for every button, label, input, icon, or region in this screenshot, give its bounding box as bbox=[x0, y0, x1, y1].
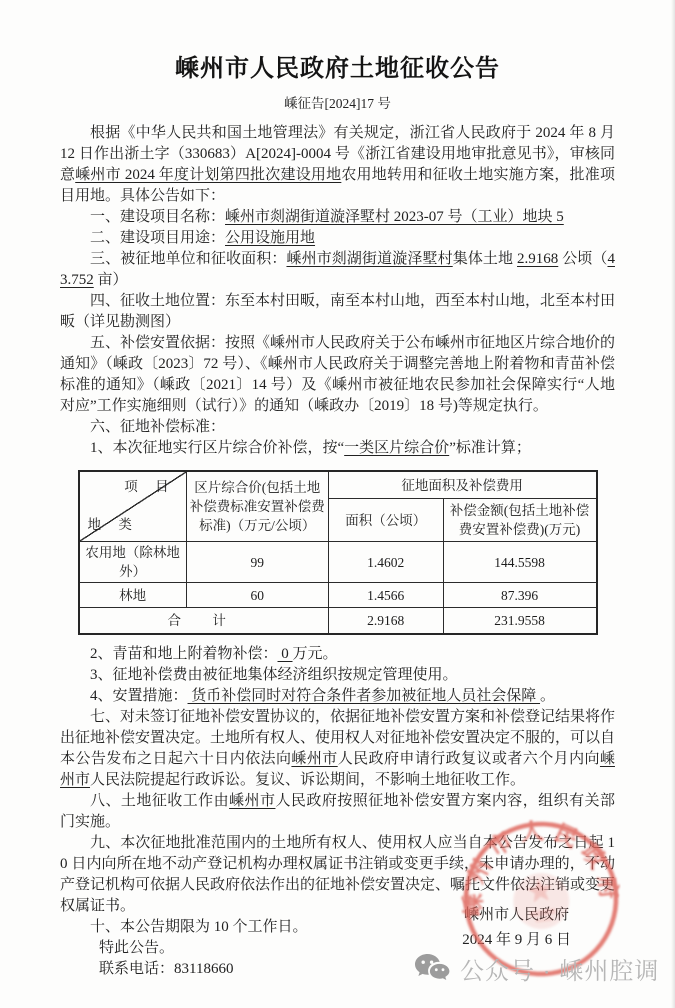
underlined-text: 嵊州市 bbox=[291, 751, 337, 767]
cell-price: 99 bbox=[186, 542, 328, 583]
signature-block: 嵊州市人民政府 2024 年 9 月 6 日 bbox=[462, 903, 571, 953]
paragraph: 八、土地征收工作由嵊州市人民政府按照征地补偿安置方案内容，组织有关部门实施。 bbox=[60, 791, 615, 833]
text-run: 特此公告。 bbox=[99, 940, 174, 956]
paragraphs-before-table: 根据《中华人民共和国土地管理法》有关规定，浙江省人民政府于 2024 年 8 月… bbox=[60, 123, 615, 459]
compensation-table: 项 目 地 类 区片综合价(包括土地补偿费标准安置补偿费标准)（万元/公顷） 征… bbox=[78, 470, 598, 635]
paragraph: 三、被征地单位和征收面积：嵊州市剡湖街道漩泽墅村集体土地 2.9168 公顷（4… bbox=[60, 249, 615, 291]
page-title: 嵊州市人民政府土地征收公告 bbox=[60, 48, 615, 83]
underlined-text: 公用设施用地 bbox=[225, 230, 315, 246]
document-number: 嵊征告[2024]17 号 bbox=[60, 92, 615, 112]
table-total-row: 合 计 2.9168 231.9558 bbox=[79, 608, 597, 635]
text-run: 集体土地 bbox=[453, 251, 517, 267]
underlined-text: 嵊州市剡湖街道漩泽墅村 bbox=[286, 251, 452, 267]
cell-area: 1.4566 bbox=[328, 583, 443, 608]
text-run: 一、建设项目名称： bbox=[90, 209, 225, 225]
corner-landtype-label: 地 类 bbox=[88, 515, 139, 534]
paragraph: 4、安置措施： 货币补偿同时对符合条件者参加被征地人员社会保障 。 bbox=[60, 686, 615, 707]
paragraph: 二、建设项目用途：公用设施用地 bbox=[60, 228, 615, 249]
text-run: 人民法院提起行政诉讼。复议、诉讼期间，不影响土地征收工作。 bbox=[90, 772, 525, 788]
text-run: 亩） bbox=[94, 272, 128, 288]
header-price: 区片综合价(包括土地补偿费标准安置补偿费标准)（万元/公顷） bbox=[186, 471, 328, 542]
scan-edge-shadow bbox=[671, 0, 675, 1008]
text-run: 万元。 bbox=[293, 646, 338, 662]
cell-landtype: 林地 bbox=[79, 583, 187, 608]
text-run: 2、青苗和地上附着物补偿： bbox=[90, 646, 278, 662]
signature-org: 嵊州市人民政府 bbox=[462, 903, 571, 928]
wechat-watermark: 公众号 · 嵊州腔调 bbox=[414, 951, 659, 986]
paragraph: 七、对未签订征地补偿安置协议的，依据征地补偿安置方案和补偿登记结果将作出征地补偿… bbox=[60, 707, 615, 791]
text-run: 公顷（ bbox=[558, 251, 607, 267]
total-label: 合 计 bbox=[79, 608, 329, 635]
paragraph: 根据《中华人民共和国土地管理法》有关规定，浙江省人民政府于 2024 年 8 月… bbox=[60, 123, 615, 207]
total-area: 2.9168 bbox=[328, 608, 443, 635]
paragraph: 3、征地补偿费由被征地集体经济组织按规定管理使用。 bbox=[60, 665, 615, 686]
underlined-text: 货币补偿同时对符合条件者参加被征地人员社会保障 bbox=[188, 688, 541, 704]
text-run: 四、征收土地位置：东至本村田畈，南至本村山地，西至本村山地，北至本村田畈（详见勘… bbox=[60, 293, 615, 330]
cell-amount: 87.396 bbox=[443, 583, 596, 608]
text-run: 十、本公告期限为 10 个工作日。 bbox=[90, 919, 308, 935]
text-run: 3、征地补偿费由被征地集体经济组织按规定管理使用。 bbox=[90, 667, 458, 683]
table-corner-cell: 项 目 地 类 bbox=[79, 471, 187, 542]
underlined-text: 2.9168 bbox=[517, 251, 558, 267]
text-run: 联系电话：83118660 bbox=[99, 961, 233, 977]
text-run: 4、安置措施： bbox=[90, 688, 188, 704]
header-area: 面积（公顷） bbox=[328, 499, 443, 542]
text-run: 三、被征地单位和征收面积： bbox=[90, 251, 286, 267]
cell-area: 1.4602 bbox=[328, 542, 443, 583]
header-group: 征地面积及补偿费用 bbox=[328, 471, 596, 499]
wechat-icon bbox=[414, 953, 451, 985]
header-amount: 补偿金额(包括土地补偿费安置补偿费)(万元) bbox=[443, 499, 596, 542]
document-body: 嵊州市人民政府土地征收公告 嵊征告[2024]17 号 根据《中华人民共和国土地… bbox=[0, 0, 675, 980]
underlined-text: 一类区片综合价 bbox=[344, 440, 449, 456]
underlined-text: 0 bbox=[278, 646, 293, 662]
text-run: ”标准计算； bbox=[449, 440, 531, 456]
paragraph: 六、征地补偿标准： bbox=[60, 417, 615, 438]
text-run: 八、土地征收工作由 bbox=[90, 793, 229, 809]
text-run: 人民政府申请行政复议或者六个月内向 bbox=[338, 751, 600, 767]
text-run: 1、本次征地实行区片综合价补偿，按“ bbox=[90, 440, 344, 456]
corner-project-label: 项 目 bbox=[124, 477, 175, 496]
paragraph: 五、补偿安置依据：按照《嵊州市人民政府关于公布嵊州市征地区片综合地价的通知》（嵊… bbox=[60, 333, 615, 417]
text-run: 。 bbox=[540, 688, 555, 704]
table-row: 林地 60 1.4566 87.396 bbox=[79, 583, 597, 608]
underlined-text: 嵊州市 2024 年度计划第四批次建设用地 bbox=[75, 167, 341, 183]
wechat-account-label: 公众号 · 嵊州腔调 bbox=[460, 951, 659, 986]
table-row: 农用地（除林地外） 99 1.4602 144.5598 bbox=[79, 542, 597, 583]
text-run: 五、补偿安置依据：按照《嵊州市人民政府关于公布嵊州市征地区片综合地价的通知》（嵊… bbox=[60, 335, 615, 414]
announcement-page: 嵊州市人民政府土地征收公告 嵊征告[2024]17 号 根据《中华人民共和国土地… bbox=[0, 0, 675, 1008]
underlined-text: 嵊州市剡湖街道漩泽墅村 2023-07 号（工业）地块 5 bbox=[225, 209, 564, 225]
underlined-text: 嵊州市 bbox=[229, 793, 275, 809]
text-run: 二、建设项目用途： bbox=[90, 230, 225, 246]
paragraph: 2、青苗和地上附着物补偿： 0 万元。 bbox=[60, 644, 615, 665]
total-amount: 231.9558 bbox=[443, 608, 596, 635]
paragraph: 四、征收土地位置：东至本村田畈，南至本村山地，西至本村山地，北至本村田畈（详见勘… bbox=[60, 291, 615, 333]
cell-amount: 144.5598 bbox=[443, 542, 596, 583]
paragraph: 一、建设项目名称：嵊州市剡湖街道漩泽墅村 2023-07 号（工业）地块 5 bbox=[60, 207, 615, 228]
text-run: 六、征地补偿标准： bbox=[90, 419, 225, 435]
cell-price: 60 bbox=[186, 583, 328, 608]
cell-landtype: 农用地（除林地外） bbox=[79, 542, 187, 583]
signature-date: 2024 年 9 月 6 日 bbox=[462, 928, 571, 953]
paragraph: 1、本次征地实行区片综合价补偿，按“一类区片综合价”标准计算； bbox=[60, 438, 615, 459]
